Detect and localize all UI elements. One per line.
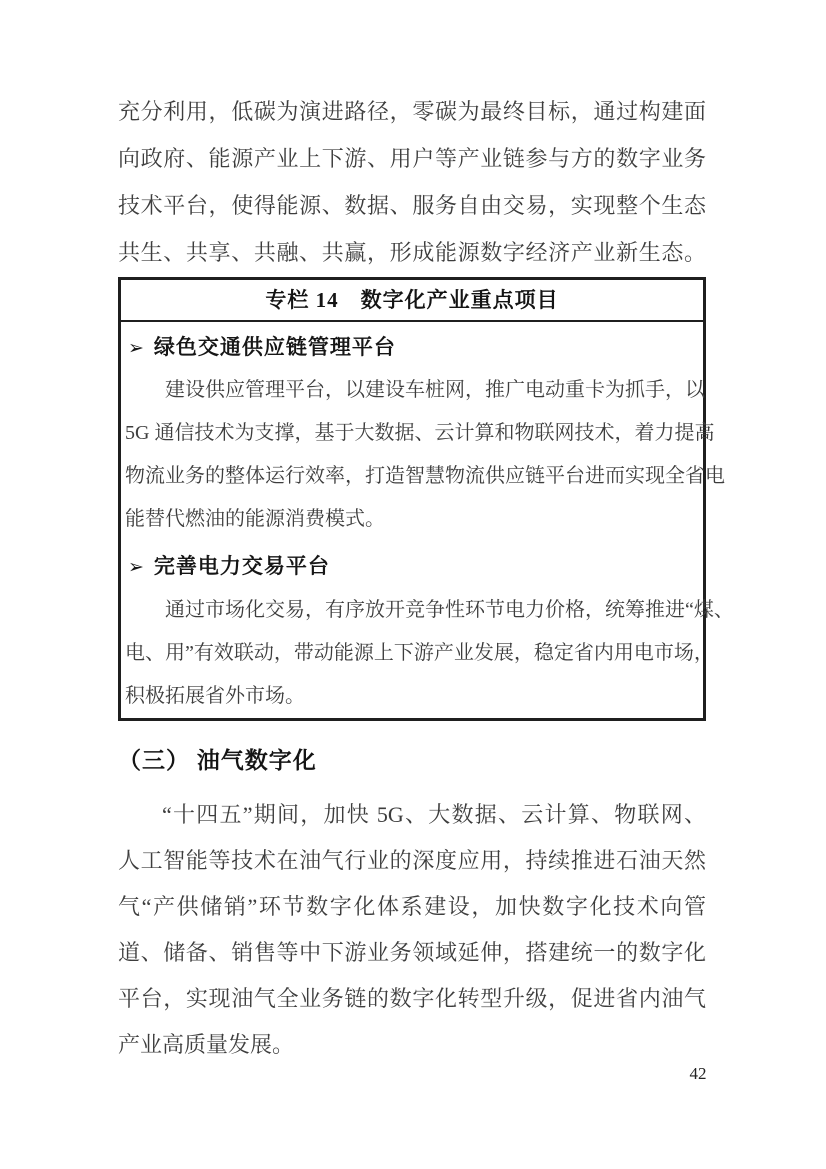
text-line: 建设供应管理平台，以建设车桩网，推广电动重卡为抓手，以 — [125, 369, 699, 412]
text-line: 物流业务的整体运行效率，打造智慧物流供应链平台进而实现全省电 — [125, 455, 699, 498]
text-line: 产业高质量发展。 — [118, 1022, 706, 1068]
page-number: 42 — [678, 1064, 718, 1084]
box-item-paragraph: 建设供应管理平台，以建设车桩网，推广电动重卡为抓手，以 5G 通信技术为支撑，基… — [121, 369, 703, 541]
text-line: 5G 通信技术为支撑，基于大数据、云计算和物联网技术，着力提高 — [125, 412, 699, 455]
section-heading: （三） 油气数字化 — [118, 742, 706, 780]
arrow-bullet-icon: ➢ — [128, 552, 145, 584]
section-paragraph: “十四五”期间，加快 5G、大数据、云计算、物联网、 人工智能等技术在油气行业的… — [118, 792, 706, 1068]
box-item-title-text: 完善电力交易平台 — [154, 554, 330, 578]
page-content: 充分利用，低碳为演进路径，零碳为最终目标，通过构建面 向政府、能源产业上下游、用… — [118, 0, 706, 1068]
text-line: “十四五”期间，加快 5G、大数据、云计算、物联网、 — [118, 792, 706, 838]
text-line: 共生、共享、共融、共赢，形成能源数字经济产业新生态。 — [118, 229, 706, 276]
box-title: 专栏 14 数字化产业重点项目 — [121, 280, 703, 322]
text-line: 能替代燃油的能源消费模式。 — [125, 498, 699, 541]
arrow-bullet-icon: ➢ — [128, 333, 145, 365]
text-line: 平台，实现油气全业务链的数字化转型升级，促进省内油气 — [118, 976, 706, 1022]
box-item-paragraph: 通过市场化交易，有序放开竞争性环节电力价格，统筹推进“煤、 电、用”有效联动，带… — [121, 589, 703, 718]
text-line: 充分利用，低碳为演进路径，零碳为最终目标，通过构建面 — [118, 88, 706, 135]
highlight-box: 专栏 14 数字化产业重点项目 ➢绿色交通供应链管理平台 建设供应管理平台，以建… — [118, 277, 706, 721]
intro-paragraph: 充分利用，低碳为演进路径，零碳为最终目标，通过构建面 向政府、能源产业上下游、用… — [118, 88, 706, 276]
text-line: 积极拓展省外市场。 — [125, 675, 699, 718]
text-line: 气“产供储销”环节数字化体系建设，加快数字化技术向管 — [118, 884, 706, 930]
box-item-title: ➢绿色交通供应链管理平台 — [121, 331, 703, 365]
text-line: 技术平台，使得能源、数据、服务自由交易，实现整个生态 — [118, 182, 706, 229]
text-line: 通过市场化交易，有序放开竞争性环节电力价格，统筹推进“煤、 — [125, 589, 699, 632]
box-item-title: ➢完善电力交易平台 — [121, 550, 703, 584]
text-line: 电、用”有效联动，带动能源上下游产业发展，稳定省内用电市场， — [125, 632, 699, 675]
text-line: 人工智能等技术在油气行业的深度应用，持续推进石油天然 — [118, 838, 706, 884]
text-line: 道、储备、销售等中下游业务领域延伸，搭建统一的数字化 — [118, 930, 706, 976]
text-line: 向政府、能源产业上下游、用户等产业链参与方的数字业务 — [118, 135, 706, 182]
box-item-title-text: 绿色交通供应链管理平台 — [154, 335, 396, 359]
document-page: 充分利用，低碳为演进路径，零碳为最终目标，通过构建面 向政府、能源产业上下游、用… — [0, 0, 826, 1169]
